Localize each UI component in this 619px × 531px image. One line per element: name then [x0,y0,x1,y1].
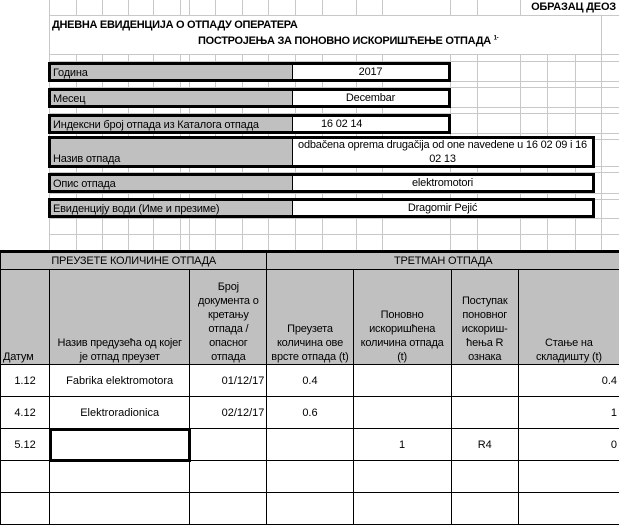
col-header-date: Датум [1,270,50,365]
cell-stock[interactable]: 1 [518,397,619,429]
cell-document[interactable] [190,429,267,461]
info-label: Година [51,65,293,79]
recorded-by-field[interactable]: Dragomir Pejić [293,201,592,215]
col-header-received-qty: Преузета количина ове врсте отпада (t) [267,270,353,365]
col-header-document: Број документа о кретању отпада / опасно… [190,270,267,365]
section-treatment-header: ТРЕТМАН ОТПАДА [267,252,619,270]
col-header-r-code: Поступак поновног искориш-ћења R ознака [451,270,518,365]
col-header-stock: Стање на складишту (t) [518,270,619,365]
page-title-line2: ПОСТРОЈЕЊА ЗА ПОНОВНО ИСКОРИШЋЕЊЕ ОТПАДА… [198,35,498,47]
form-code: ОБРАЗАЦ ДЕОЗ [520,1,616,15]
col-header-company: Назив предузећа од којег је отпад преузе… [50,270,190,365]
table-row [1,493,619,525]
cell-stock[interactable]: 0 [518,429,619,461]
year-field[interactable]: 2017 [293,65,448,79]
cell-stock[interactable] [518,461,619,493]
cell-document[interactable]: 01/12/17 [190,365,267,397]
cell-stock[interactable] [518,493,619,525]
info-row-waste-name: Назив отпада odbačena oprema drugačija o… [48,136,595,168]
cell-recovered[interactable]: 1 [353,429,451,461]
info-label: Опис отпада [51,176,293,190]
cell-date[interactable] [1,493,50,525]
col-header-recovered-qty: Поновно искоришћена количина отпада (t) [353,270,451,365]
cell-recovered[interactable] [353,461,451,493]
cell-recovered[interactable] [353,365,451,397]
cell-recovered[interactable] [353,397,451,429]
info-row-recorded-by: Евиденцију води (Име и презиме) Dragomir… [48,198,595,218]
table-row [1,461,619,493]
waste-name-field[interactable]: odbačena oprema drugačija od one naveden… [293,139,592,165]
info-row-year: Година 2017 [48,62,451,82]
cell-r-code[interactable] [451,461,518,493]
cell-company[interactable] [50,493,190,525]
info-label: Индексни број отпада из Каталога отпада [51,117,293,131]
info-row-description: Опис отпада elektromotori [48,173,595,193]
cell-received[interactable] [267,461,353,493]
cell-date[interactable]: 4.12 [1,397,50,429]
cell-r-code[interactable] [451,365,518,397]
cell-date[interactable]: 1.12 [1,365,50,397]
cell-document[interactable] [190,493,267,525]
cell-received[interactable] [267,493,353,525]
cell-date[interactable]: 5.12 [1,429,50,461]
info-label: Евиденцију води (Име и презиме) [51,201,293,215]
cell-stock[interactable]: 0.4 [518,365,619,397]
month-field[interactable]: Decembar [293,91,448,105]
cell-recovered[interactable] [353,493,451,525]
cell-r-code[interactable] [451,493,518,525]
cell-received[interactable]: 0.4 [267,365,353,397]
cell-company[interactable]: Elektroradionica [50,397,190,429]
waste-record-table: ПРЕУЗЕТЕ КОЛИЧИНЕ ОТПАДА ТРЕТМАН ОТПАДА … [0,250,619,525]
cell-date[interactable] [1,461,50,493]
info-label: Месец [51,91,293,105]
info-label: Назив отпада [51,139,293,165]
section-received-header: ПРЕУЗЕТЕ КОЛИЧИНЕ ОТПАДА [1,252,267,270]
table-row: 4.12 Elektroradionica 02/12/17 0.6 1 [1,397,619,429]
selected-cell-company[interactable] [50,429,190,461]
cell-r-code[interactable]: R4 [451,429,518,461]
page-title-line1: ДНЕВНА ЕВИДЕНЦИЈА О ОТПАДУ ОПЕРАТЕРА [52,19,298,31]
waste-description-field[interactable]: elektromotori [293,176,592,190]
table-row: 1.12 Fabrika elektromotora 01/12/17 0.4 … [1,365,619,397]
info-row-index: Индексни број отпада из Каталога отпада … [48,114,451,134]
waste-index-field[interactable]: 16 02 14 [293,117,448,131]
cell-received[interactable] [267,429,353,461]
footnote-mark: 1- [494,35,499,41]
cell-r-code[interactable] [451,397,518,429]
cell-document[interactable]: 02/12/17 [190,397,267,429]
cell-company[interactable] [50,461,190,493]
cell-company[interactable]: Fabrika elektromotora [50,365,190,397]
table-row: 5.12 1 R4 0 [1,429,619,461]
cell-received[interactable]: 0.6 [267,397,353,429]
cell-document[interactable] [190,461,267,493]
info-row-month: Месец Decembar [48,88,451,108]
